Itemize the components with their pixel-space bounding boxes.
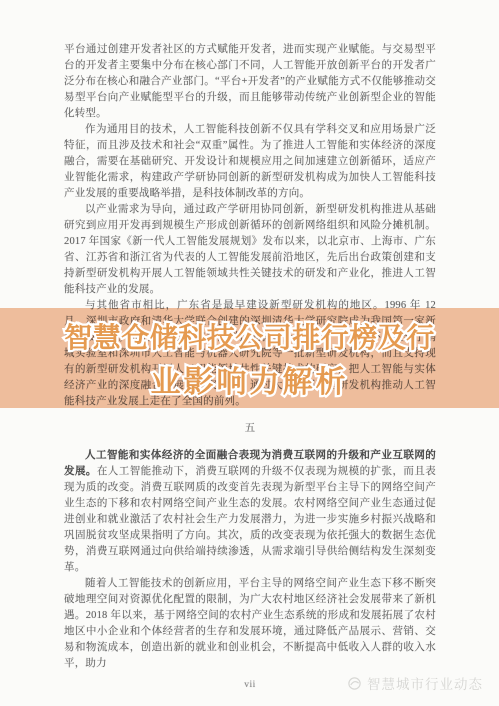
paragraph-text: 在人工智能推动下，消费互联网的升级不仅表现为规模的扩张，而且表现为质的改变。消费… (64, 466, 436, 573)
body-paragraph: 以产业需求为导向，通过政产学研用协同创新，新型研发机构推进从基础研究到应用开发再… (64, 202, 436, 298)
cover-title-line2: 业影响力解析 (151, 357, 349, 401)
watermark-label: 智慧城市行业动态 (367, 673, 483, 693)
body-paragraph: 作为通用目的技术，人工智能科技创新不仅具有学科交叉和应用场景广泛特征，而且涉及技… (64, 122, 436, 202)
section-number: 五 (64, 421, 436, 437)
cover-title: 智慧仓储科技公司排行榜及行 业影响力解析 (0, 304, 499, 412)
round-swoosh-logo-icon (347, 676, 362, 691)
body-paragraph: 随着人工智能技术的创新应用，平台主导的网络空间产业生态下移不断突破地理空间对资源… (64, 576, 436, 672)
watermark: 智慧城市行业动态 (347, 673, 483, 693)
body-paragraph: 人工智能和实体经济的全面融合表现为消费互联网的升级和产业互联网的发展。在人工智能… (64, 448, 436, 576)
body-paragraph: 平台通过创建开发者社区的方式赋能开发者，进而实现产业赋能。与交易型平台的开发者主… (64, 42, 436, 122)
cover-title-line1: 智慧仓储科技公司排行榜及行 (64, 316, 435, 356)
document-page: 平台通过创建开发者社区的方式赋能开发者，进而实现产业赋能。与交易型平台的开发者主… (0, 0, 499, 706)
